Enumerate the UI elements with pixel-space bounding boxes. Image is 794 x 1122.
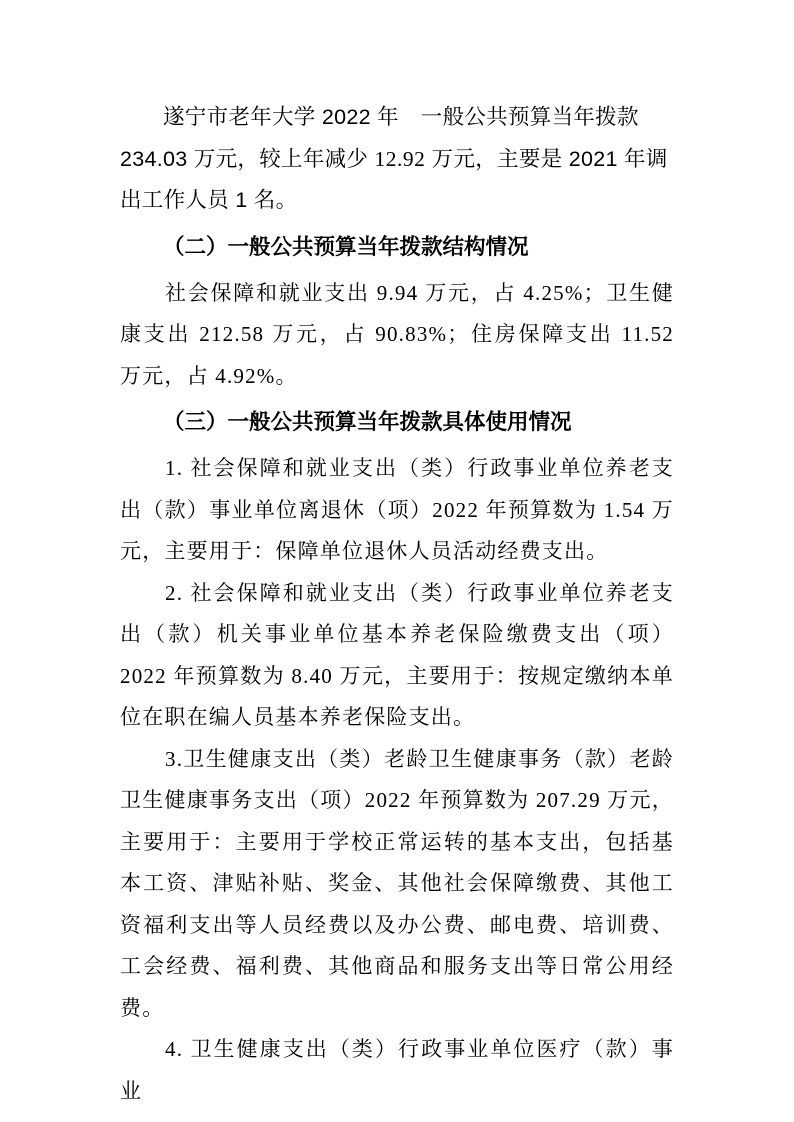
budget-item-4-truncated: 4. 卫生健康支出（类）行政事业单位医疗（款）事业 xyxy=(120,1029,674,1112)
document-page: 遂宁市老年大学 2022 年 一般公共预算当年拨款 234.03 万元，较上年减… xyxy=(0,0,794,1122)
lead-run-decrease-amount: 12.92 xyxy=(375,147,426,171)
structure-paragraph: 社会保障和就业支出 9.94 万元，占 4.25%；卫生健康支出 212.58 … xyxy=(120,273,674,398)
budget-item-1: 1. 社会保障和就业支出（类）行政事业单位养老支出（款）事业单位离退休（项）20… xyxy=(120,448,674,573)
section-heading-usage: （三）一般公共预算当年拨款具体使用情况 xyxy=(120,407,674,438)
budget-item-3: 3.卫生健康支出（类）老龄卫生健康事务（款）老龄卫生健康事务支出（项）2022 … xyxy=(120,739,674,1030)
budget-item-2: 2. 社会保障和就业支出（类）行政事业单位养老支出（款）机关事业单位基本养老保险… xyxy=(120,573,674,739)
lead-paragraph: 遂宁市老年大学 2022 年 一般公共预算当年拨款 234.03 万元，较上年减… xyxy=(120,97,674,222)
section-heading-structure: （二）一般公共预算当年拨款结构情况 xyxy=(120,232,674,263)
